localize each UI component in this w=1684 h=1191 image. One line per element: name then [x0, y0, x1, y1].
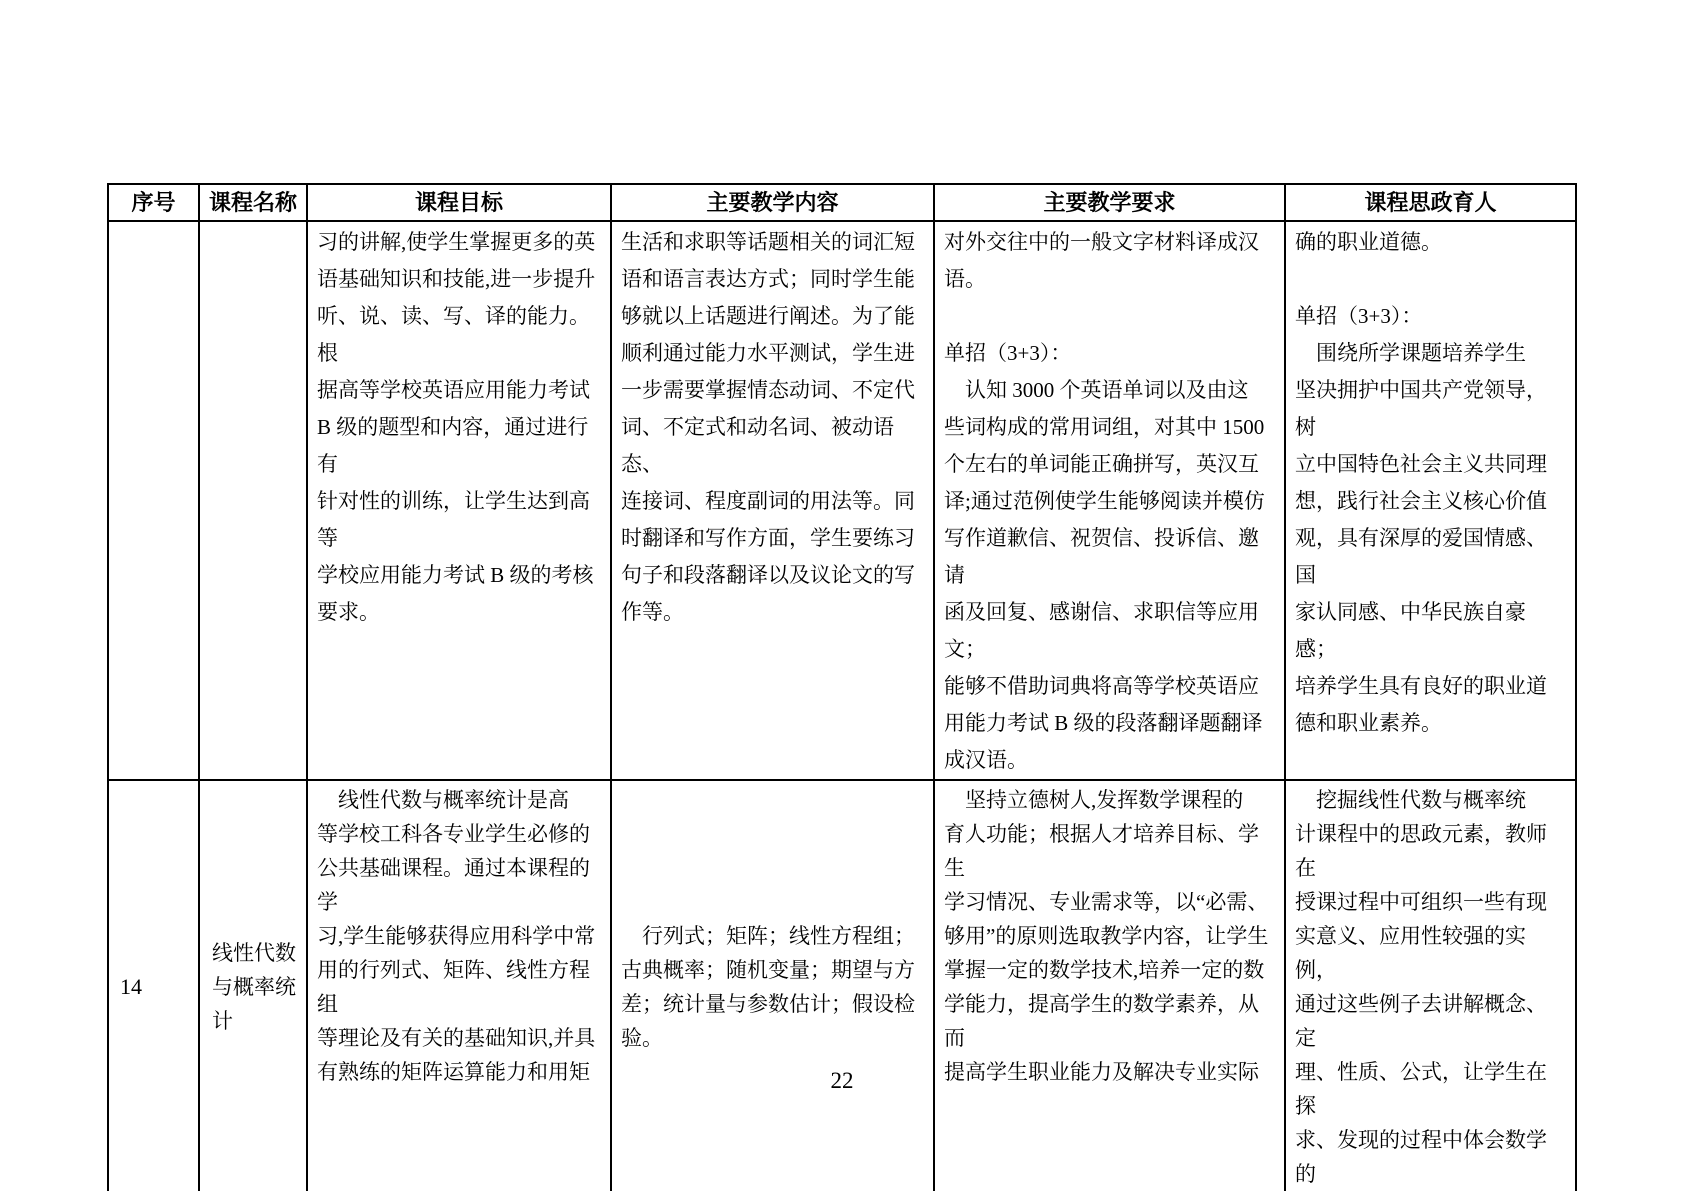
- course-syllabus-table: 序号 课程名称 课程目标 主要教学内容 主要教学要求 课程思政育人 习的讲解,使…: [107, 183, 1577, 1191]
- cell-seq-number: 14: [108, 780, 199, 1191]
- table-row-course-14: 14 线性代数 与概率统 计 线性代数与概率统计是高 等学校工科各专业学生必修的…: [108, 780, 1576, 1191]
- cell-teaching-requirements: 坚持立德树人,发挥数学课程的 育人功能；根据人才培养目标、学生 学习情况、专业需…: [934, 780, 1285, 1191]
- document-page: 序号 课程名称 课程目标 主要教学内容 主要教学要求 课程思政育人 习的讲解,使…: [0, 0, 1684, 1191]
- cell-course-objectives: 习的讲解,使学生掌握更多的英 语基础知识和技能,进一步提升 听、说、读、写、译的…: [307, 221, 611, 780]
- header-ideology-education: 课程思政育人: [1285, 184, 1576, 221]
- table-row-continuation: 习的讲解,使学生掌握更多的英 语基础知识和技能,进一步提升 听、说、读、写、译的…: [108, 221, 1576, 780]
- header-teaching-requirements: 主要教学要求: [934, 184, 1285, 221]
- cell-ideology-education: 挖掘线性代数与概率统 计课程中的思政元素，教师在 授课过程中可组织一些有现 实意…: [1285, 780, 1576, 1191]
- header-seq-number: 序号: [108, 184, 199, 221]
- header-teaching-content: 主要教学内容: [611, 184, 934, 221]
- cell-seq-number: [108, 221, 199, 780]
- cell-course-objectives: 线性代数与概率统计是高 等学校工科各专业学生必修的 公共基础课程。通过本课程的学…: [307, 780, 611, 1191]
- cell-course-name: [199, 221, 307, 780]
- header-course-objectives: 课程目标: [307, 184, 611, 221]
- page-number: 22: [0, 1066, 1684, 1096]
- cell-teaching-requirements: 对外交往中的一般文字材料译成汉 语。 单招（3+3）： 认知 3000 个英语单…: [934, 221, 1285, 780]
- cell-ideology-education: 确的职业道德。 单招（3+3）： 围绕所学课题培养学生 坚决拥护中国共产党领导，…: [1285, 221, 1576, 780]
- cell-teaching-content: 生活和求职等话题相关的词汇短 语和语言表达方式；同时学生能 够就以上话题进行阐述…: [611, 221, 934, 780]
- header-course-name: 课程名称: [199, 184, 307, 221]
- cell-teaching-content: 行列式；矩阵；线性方程组； 古典概率；随机变量；期望与方 差；统计量与参数估计；…: [611, 780, 934, 1191]
- cell-course-name: 线性代数 与概率统 计: [199, 780, 307, 1191]
- table-header-row: 序号 课程名称 课程目标 主要教学内容 主要教学要求 课程思政育人: [108, 184, 1576, 221]
